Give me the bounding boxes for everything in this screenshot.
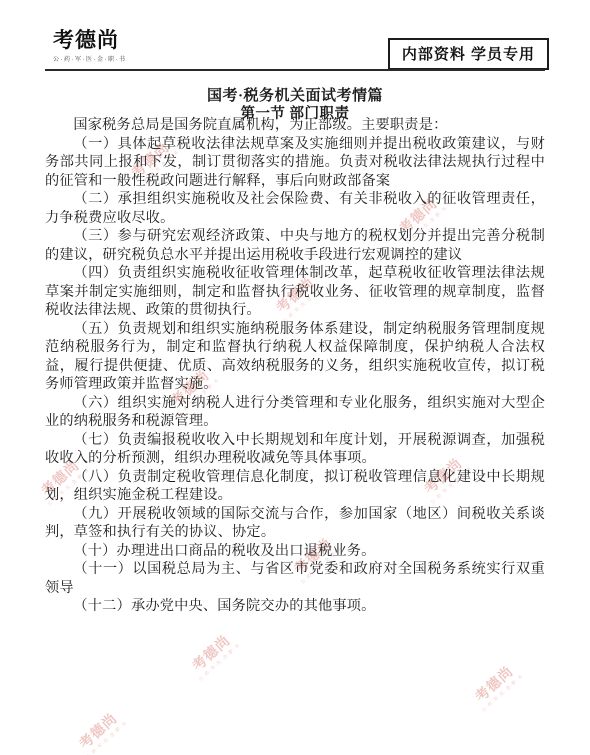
header-divider bbox=[45, 69, 545, 71]
watermark-tagline: 公·药·军·医·金·职·书 bbox=[481, 673, 525, 713]
watermark-tagline: 公·药·军·医·金·职·书 bbox=[198, 642, 242, 682]
page-header: 考德尚 公·药·军·医·金·职·书 内部资料 学员专用 bbox=[45, 26, 545, 70]
internal-material-badge: 内部资料 学员专用 bbox=[388, 38, 549, 70]
duty-paragraph-4: （四）负责组织实施税收征收管理体制改革，起草税收征收管理法律法规草案并制定实施细… bbox=[45, 264, 545, 320]
duty-paragraph-7: （七）负责编报税收收入中长期规划和年度计划，开展税源调查，加强税收收入的分析预测… bbox=[45, 431, 545, 468]
intro-paragraph: 国家税务总局是国务院直属机构，为正部级。主要职责是： bbox=[45, 116, 545, 135]
duty-paragraph-11: （十一）以国税总局为主、与省区市党委和政府对全国税务系统实行双重领导 bbox=[45, 560, 545, 597]
brand-logo: 考德尚 bbox=[53, 30, 127, 52]
document-page: 考德尚 公·药·军·医·金·职·书 考德尚 公·药·军·医·金·职·书 考德尚 … bbox=[0, 0, 590, 755]
brand-watermark: 考德尚 公·药·军·医·金·职·书 bbox=[184, 627, 241, 682]
brand-watermark: 考德尚 公·药·军·医·金·职·书 bbox=[71, 705, 128, 755]
duty-paragraph-12: （十二）承办党中央、国务院交办的其他事项。 bbox=[45, 597, 545, 616]
watermark-logo-text: 考德尚 bbox=[188, 630, 235, 675]
brand-tagline: 公·药·军·医·金·职·书 bbox=[53, 54, 127, 63]
duty-paragraph-3: （三）参与研究宏观经济政策、中央与地方的税权划分并提出完善分税制的建议，研究税负… bbox=[45, 227, 545, 264]
duty-paragraph-6: （六）组织实施对纳税人进行分类管理和专业化服务，组织实施对大型企业的纳税服务和税… bbox=[45, 394, 545, 431]
duty-paragraph-9: （九）开展税收领域的国际交流与合作，参加国家（地区）间税收关系谈判，草签和执行有… bbox=[45, 505, 545, 542]
watermark-logo-text: 考德尚 bbox=[471, 661, 518, 706]
brand-logo-block: 考德尚 公·药·军·医·金·职·书 bbox=[53, 30, 127, 63]
duty-paragraph-1: （一）具体起草税收法律法规草案及实施细则并提出税收政策建议，与财务部共同上报和下… bbox=[45, 135, 545, 191]
duty-paragraph-8: （八）负责制定税收管理信息化制度，拟订税收管理信息化建设中长期规划，组织实施金税… bbox=[45, 468, 545, 505]
watermark-tagline: 公·药·军·医·金·职·书 bbox=[85, 720, 129, 755]
brand-watermark: 考德尚 公·药·军·医·金·职·书 bbox=[467, 658, 524, 713]
duty-paragraph-2: （二）承担组织实施税收及社会保险费、有关非税收入的征收管理责任，力争税费应收尽收… bbox=[45, 190, 545, 227]
duty-paragraph-10: （十）办理进出口商品的税收及出口退税业务。 bbox=[45, 542, 545, 561]
doc-body: 国家税务总局是国务院直属机构，为正部级。主要职责是： （一）具体起草税收法律法规… bbox=[45, 116, 545, 616]
watermark-logo-text: 考德尚 bbox=[75, 708, 122, 753]
duty-paragraph-5: （五）负责规划和组织实施纳税服务体系建设，制定纳税服务管理制度规范纳税服务行为，… bbox=[45, 320, 545, 394]
